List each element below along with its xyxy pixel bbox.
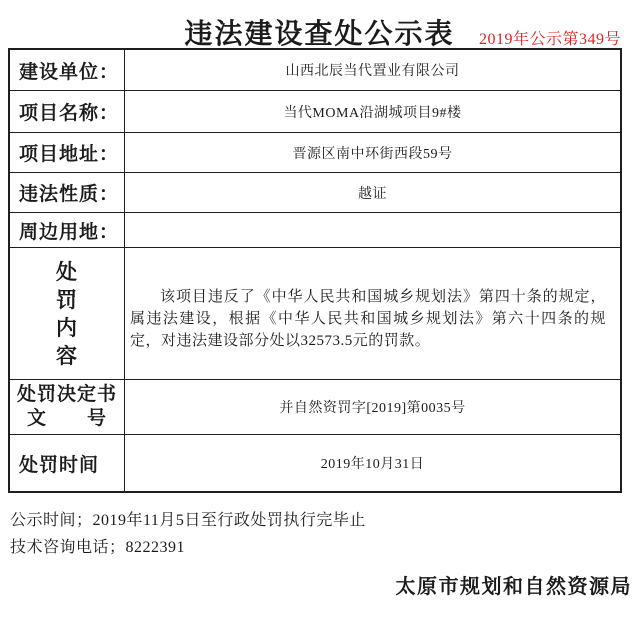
penalty-decision-number-label-line1: 处罚决定书 — [17, 383, 117, 407]
table-row-project-address: 项目地址： 晋源区南中环街西段59号 — [10, 132, 620, 172]
project-address-label: 项目地址： — [10, 133, 125, 172]
doc-number: 2019年公示第349号 — [479, 26, 621, 49]
penalty-content-label-char: 内 — [56, 314, 78, 342]
penalty-content-label-char: 容 — [56, 342, 78, 370]
construction-unit-label: 建设单位： — [10, 50, 125, 90]
construction-unit-value: 山西北辰当代置业有限公司 — [125, 50, 620, 90]
project-address-value: 晋源区南中环街西段59号 — [125, 133, 620, 172]
issuing-agency: 太原市规划和自然资源局 — [396, 570, 633, 599]
penalty-content-label-char: 处 — [56, 258, 78, 286]
penalty-time-value: 2019年10月31日 — [125, 435, 620, 491]
notice-page: 违法建设查处公示表 2019年公示第349号 建设单位： 山西北辰当代置业有限公… — [0, 0, 639, 617]
penalty-decision-number-value: 并自然资罚字[2019]第0035号 — [125, 380, 620, 434]
project-name-label: 项目名称： — [10, 91, 125, 132]
surrounding-land-label: 周边用地： — [10, 213, 125, 247]
penalty-content-label-char: 罚 — [56, 286, 78, 314]
surrounding-land-value — [125, 213, 620, 247]
penalty-time-label: 处罚时间 — [10, 435, 125, 491]
project-name-value: 当代MOMA沿湖城项目9#楼 — [125, 91, 620, 132]
notice-table: 建设单位： 山西北辰当代置业有限公司 项目名称： 当代MOMA沿湖城项目9#楼 … — [8, 48, 622, 493]
table-row-surrounding-land: 周边用地： — [10, 212, 620, 247]
violation-nature-label: 违法性质： — [10, 173, 125, 212]
phone-line: 技术咨询电话；8222391 — [10, 534, 185, 557]
penalty-decision-number-label-line2: 文 号 — [27, 407, 107, 431]
table-row-penalty-content: 处 罚 内 容 该项目违反了《中华人民共和国城乡规划法》第四十条的规定，属违法建… — [10, 247, 620, 379]
table-row-construction-unit: 建设单位： 山西北辰当代置业有限公司 — [10, 50, 620, 90]
penalty-content-label-vertical: 处 罚 内 容 — [56, 258, 78, 370]
table-row-penalty-decision-number: 处罚决定书 文 号 并自然资罚字[2019]第0035号 — [10, 379, 620, 434]
penalty-decision-number-label: 处罚决定书 文 号 — [10, 380, 125, 434]
notice-period-line: 公示时间；2019年11月5日至行政处罚执行完毕止 — [10, 507, 366, 530]
table-row-penalty-time: 处罚时间 2019年10月31日 — [10, 434, 620, 491]
penalty-content-value: 该项目违反了《中华人民共和国城乡规划法》第四十条的规定，属违法建设，根据《中华人… — [125, 248, 620, 379]
violation-nature-value: 越证 — [125, 173, 620, 212]
table-row-project-name: 项目名称： 当代MOMA沿湖城项目9#楼 — [10, 90, 620, 132]
table-row-violation-nature: 违法性质： 越证 — [10, 172, 620, 212]
penalty-content-label: 处 罚 内 容 — [10, 248, 125, 379]
